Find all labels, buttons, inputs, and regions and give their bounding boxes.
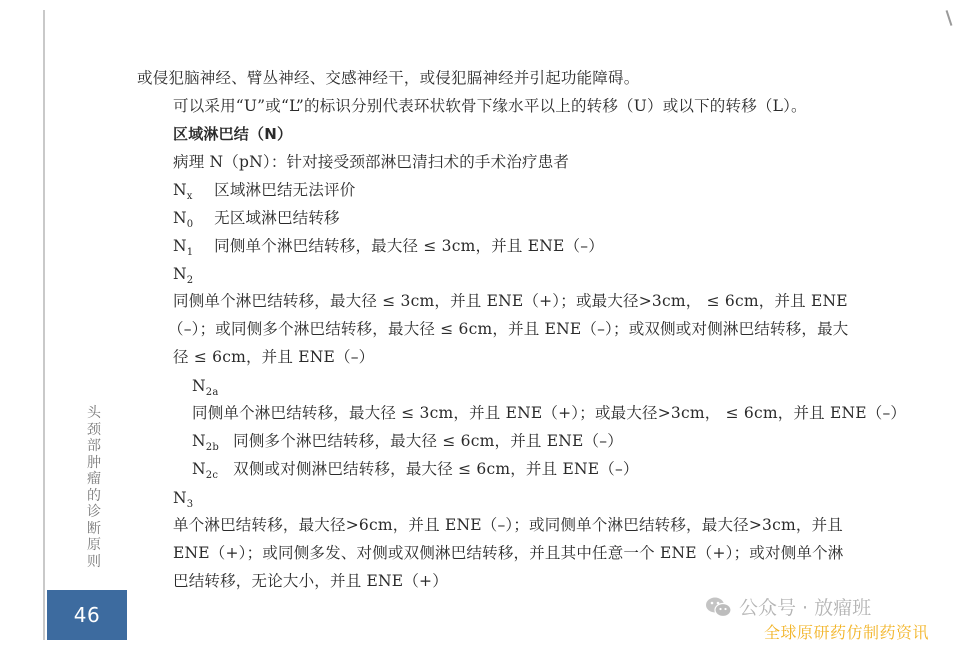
n2c-code: N2c — [192, 459, 228, 486]
n3-desc-line-1: 单个淋巴结转移，最大径>6cm，并且 ENE（–）；或同侧单个淋巴结转移，最大径… — [173, 515, 843, 535]
n2-desc-line-1: 同侧单个淋巴结转移，最大径 ≤ 3cm，并且 ENE（+）；或最大径>3cm， … — [173, 291, 848, 311]
n1-code: N1 — [173, 236, 209, 263]
n0-code: N0 — [173, 208, 209, 235]
n3-code: N3 — [173, 488, 193, 515]
n2a-desc: 同侧单个淋巴结转移，最大径 ≤ 3cm，并且 ENE（+）；或最大径>3cm， … — [192, 403, 906, 423]
wechat-icon — [705, 596, 733, 618]
scan-corner-mark — [946, 10, 953, 26]
pathology-intro: 病理 N（pN）：针对接受颈部淋巴清扫术的手术治疗患者 — [173, 152, 569, 172]
n2c-item: N2c 双侧或对侧淋巴结转移，最大径 ≤ 6cm，并且 ENE（–） — [192, 459, 639, 486]
n0-item: N0 无区域淋巴结转移 — [173, 208, 340, 235]
n1-desc: 同侧单个淋巴结转移，最大径 ≤ 3cm，并且 ENE（–） — [214, 237, 604, 255]
n2-code: N2 — [173, 264, 193, 291]
n2b-code: N2b — [192, 431, 228, 458]
page-spine-line — [43, 10, 45, 640]
section-heading: 区域淋巴结（N） — [173, 124, 292, 144]
nx-code: Nx — [173, 180, 209, 207]
watermark-account: 公众号 · 放瘤班 — [705, 593, 871, 620]
chapter-side-title: 头颈部肿瘤的诊断原则 — [84, 405, 104, 570]
n0-desc: 无区域淋巴结转移 — [214, 209, 340, 227]
n2-desc-line-2: （–）；或同侧多个淋巴结转移，最大径 ≤ 6cm，并且 ENE（–）；或双侧或对… — [168, 319, 849, 339]
nx-item: Nx 区域淋巴结无法评价 — [173, 180, 355, 207]
n2-desc-line-3: 径 ≤ 6cm，并且 ENE（–） — [173, 347, 374, 367]
n2c-desc: 双侧或对侧淋巴结转移，最大径 ≤ 6cm，并且 ENE（–） — [233, 460, 638, 478]
text-line-continuation: 或侵犯脑神经、臂丛神经、交感神经干，或侵犯膈神经并引起功能障碍。 — [137, 68, 639, 88]
watermark-caption: 全球原研药仿制药资讯 — [764, 620, 929, 643]
n2b-desc: 同侧多个淋巴结转移，最大径 ≤ 6cm，并且 ENE（–） — [233, 432, 623, 450]
page-number: 46 — [74, 603, 100, 627]
n2a-code: N2a — [192, 376, 219, 403]
u-l-note: 可以采用“U”或“L”的标识分别代表环状软骨下缘水平以上的转移（U）或以下的转移… — [173, 96, 807, 116]
n2b-item: N2b 同侧多个淋巴结转移，最大径 ≤ 6cm，并且 ENE（–） — [192, 431, 623, 458]
watermark-account-name: 公众号 · 放瘤班 — [739, 593, 871, 620]
n1-item: N1 同侧单个淋巴结转移，最大径 ≤ 3cm，并且 ENE（–） — [173, 236, 604, 263]
nx-desc: 区域淋巴结无法评价 — [214, 181, 355, 199]
n3-desc-line-2: ENE（+）；或同侧多发、对侧或双侧淋巴结转移，并且其中任意一个 ENE（+）；… — [173, 543, 844, 563]
page-number-badge: 46 — [47, 590, 127, 640]
n3-desc-line-3: 巴结转移，无论大小，并且 ENE（+） — [173, 571, 448, 591]
